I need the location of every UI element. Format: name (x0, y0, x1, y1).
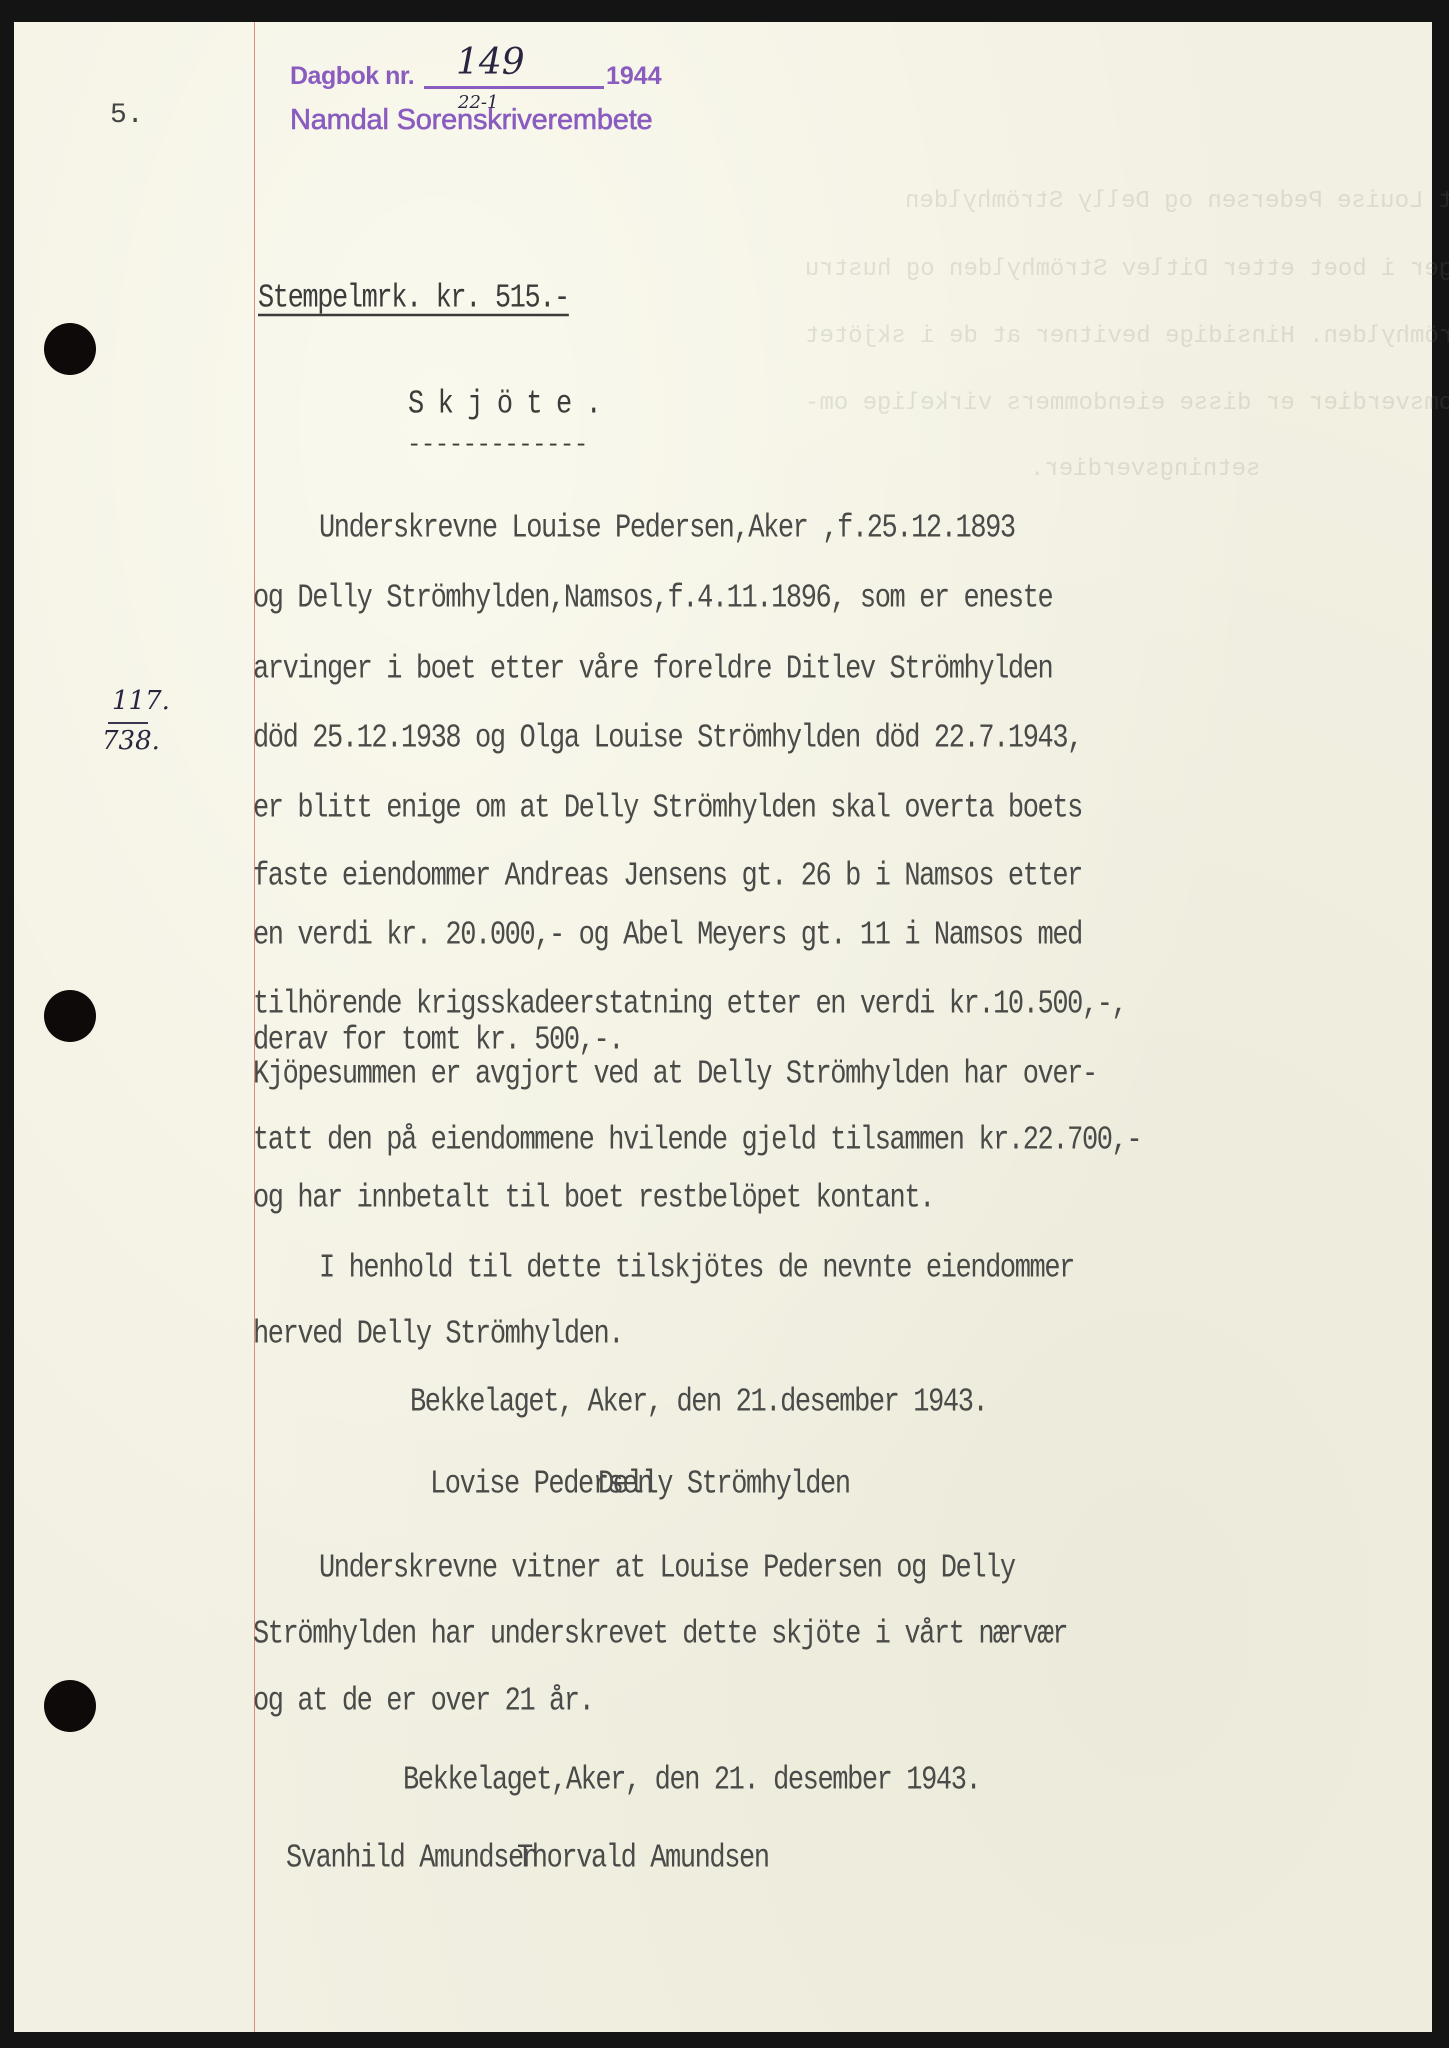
title-rule: ------------- (407, 432, 588, 459)
signatory-2: Delly Strömhylden (598, 1466, 850, 1504)
punch-hole-top (44, 323, 96, 375)
body-line: og har innbetalt til boet restbelöpet ko… (253, 1180, 934, 1218)
body-line: herved Delly Strömhylden. (253, 1316, 623, 1354)
body-line: tatt den på eiendommene hvilende gjeld t… (253, 1122, 1141, 1160)
document-title: S k j ö t e . (408, 386, 600, 424)
body-line: faste eiendommer Andreas Jensens gt. 26 … (253, 858, 1082, 896)
body-line: og Delly Strömhylden,Namsos,f.4.11.1896,… (253, 580, 1052, 618)
body-line: Underskrevne Louise Pedersen,Aker ,f.25.… (319, 510, 1015, 548)
page-number: 5. (110, 100, 144, 131)
punch-hole-bottom (44, 1680, 96, 1732)
margin-note-denominator: 738. (102, 726, 160, 756)
office-name: Namdal Sorenskriverembete (290, 104, 653, 137)
body-line: Kjöpesummen er avgjort ved at Delly Strö… (253, 1056, 1097, 1094)
dagbok-number-line (424, 86, 604, 89)
witness-1: Svanhild Amundsen (286, 1840, 538, 1878)
dagbok-number: 149 (456, 42, 525, 83)
bleed-through-line: Olga Louise Strömhylden. Hinsidige bevit… (805, 323, 1449, 350)
body-line: I henhold til dette tilskjötes de nevnte… (319, 1250, 1074, 1288)
punch-hole-middle (44, 990, 96, 1042)
body-line: derav for tomt kr. 500,-. (253, 1022, 623, 1060)
dagbok-stamp: Dagbok nr. (290, 62, 414, 91)
witness-line: Strömhylden har underskrevet dette skjöt… (253, 1616, 1067, 1654)
dagbok-label: Dagbok nr. (290, 62, 414, 90)
bleed-through-line: setningsverdier. (1030, 456, 1260, 483)
place-date-witness: Bekkelaget,Aker, den 21. desember 1943. (403, 1762, 980, 1800)
place-date-signing: Bekkelaget, Aker, den 21.desember 1943. (410, 1384, 987, 1422)
witness-line: og at de er over 21 år. (253, 1683, 593, 1721)
body-line: en verdi kr. 20.000,- og Abel Meyers gt.… (253, 917, 1082, 955)
stamp-duty: Stempelmrk. kr. 515.- (258, 280, 569, 318)
body-line: arvinger i boet etter våre foreldre Ditl… (253, 651, 1052, 689)
body-line: tilhörende krigsskadeerstatning etter en… (253, 986, 1126, 1024)
witness-line: Underskrevne vitner at Louise Pedersen o… (319, 1550, 1015, 1588)
body-line: er blitt enige om at Delly Strömhylden s… (253, 790, 1082, 828)
dagbok-year: 1944 (606, 62, 662, 91)
body-line: död 25.12.1938 og Olga Louise Strömhylde… (253, 720, 1082, 758)
margin-note-fraction-line (108, 722, 148, 724)
bleed-through-line: anförte eiendomsverdier er disse eiendom… (805, 390, 1449, 417)
bleed-through-line: er eneste arvinger i boet etter Ditlev S… (805, 256, 1449, 283)
bleed-through-line: Jeg bevitner at Louise Pedersen og Delly… (905, 188, 1449, 215)
margin-note-numerator: 117. (112, 686, 170, 716)
witness-2: Thorvald Amundsen (517, 1840, 769, 1878)
